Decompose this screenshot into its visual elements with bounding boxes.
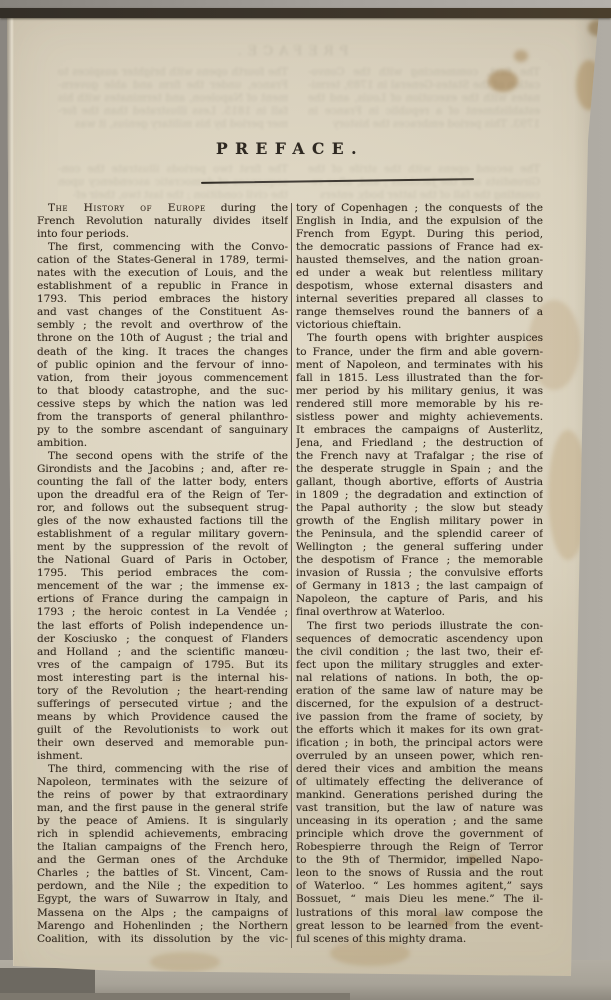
text-line: the Italian campaigns of the French hero… bbox=[37, 841, 288, 854]
text-line: counting the fall of the latter body, en… bbox=[37, 476, 288, 489]
text-line: and the German ones of the Archduke bbox=[37, 854, 288, 867]
text-line: sembly ; the revolt and overthrow of the bbox=[37, 319, 288, 332]
text-line: the National Guard of Paris in October, bbox=[37, 554, 288, 567]
text-line: great lesson to be learned from the even… bbox=[296, 920, 543, 933]
text-line: of public opinion and the fervour of inn… bbox=[37, 359, 288, 372]
text-line: Coalition, with its dissolution by the v… bbox=[37, 933, 288, 946]
text-line: vres of the campaign of 1795. But its bbox=[37, 659, 288, 672]
text-line: nal relations of nations. In both, the o… bbox=[296, 672, 543, 685]
text-column-right: tory of Copenhagen ; the conquests of th… bbox=[296, 202, 543, 946]
text-line: Napoleon, terminates with the seizure of bbox=[37, 776, 288, 789]
text-line: ment of Napoleon, and terminates with hi… bbox=[296, 359, 543, 372]
text-line: Massena on the Alps ; the campaigns of bbox=[37, 907, 288, 920]
showthrough-text-block: The second opens with the strife of the … bbox=[308, 163, 540, 203]
text-line: overruled by an unseen power, which ren- bbox=[296, 750, 543, 763]
text-line: The third, commencing with the rise of bbox=[37, 763, 288, 776]
text-line: The first two periods illustrate the con… bbox=[296, 620, 543, 633]
text-line: vation, from their joyous commencement bbox=[37, 372, 288, 385]
text-line: despotism, whose external disasters and bbox=[296, 280, 543, 293]
text-line: guilt of the Revolutionists to work out bbox=[37, 724, 288, 737]
text-line: Egypt, the wars of Suwarrow in Italy, an… bbox=[37, 893, 288, 906]
text-line: into four periods. bbox=[37, 228, 288, 241]
text-line: the efforts which it makes for its own g… bbox=[296, 724, 543, 737]
text-line: the democratic passions of France had ex… bbox=[296, 241, 543, 254]
book-binding-edge bbox=[0, 8, 611, 18]
page-right-edge-shadow bbox=[565, 0, 611, 1000]
text-line: fall in 1815. Less illustrated than the … bbox=[296, 372, 543, 385]
text-line: Robespierre through the Reign of Terror bbox=[296, 841, 543, 854]
text-line: to the 9th of Thermidor, impelled Napo- bbox=[296, 854, 543, 867]
text-line: ror, and follows out the subsequent stru… bbox=[37, 502, 288, 515]
text-line: to France, under the firm and able gover… bbox=[296, 346, 543, 359]
text-line: tory of the Revolution ; the heart-rendi… bbox=[37, 685, 288, 698]
text-line: the reins of power by that extraordinary bbox=[37, 789, 288, 802]
text-line: ertions of France during the campaign in bbox=[37, 593, 288, 606]
text-line: sufferings of persecuted virtue ; and th… bbox=[37, 698, 288, 711]
text-line: ive passion from the frame of society, b… bbox=[296, 711, 543, 724]
text-line: ed under a weak but relentless military bbox=[296, 267, 543, 280]
text-line: Jena, and Friedland ; the destruction of bbox=[296, 437, 543, 450]
showthrough-title: PREFACE. bbox=[40, 44, 540, 59]
text-line: 1793. This period embraces the history bbox=[37, 293, 288, 306]
text-line: rendered still more memorable by his re- bbox=[296, 398, 543, 411]
text-line: Charles ; the battles of St. Vincent, Ca… bbox=[37, 867, 288, 880]
book-page-paper: PREFACE. The fourth opens with brighter … bbox=[0, 0, 611, 1000]
showthrough-text-block: The fourth opens with brighter auspices … bbox=[58, 66, 288, 136]
text-line: to that bloody catastrophe, and the suc- bbox=[37, 385, 288, 398]
text-line: the despotism of France ; the memorable bbox=[296, 554, 543, 567]
text-line: unceasing in its operation ; and the sam… bbox=[296, 815, 543, 828]
text-line: Bossuet, “ mais Dieu les mene.” The il- bbox=[296, 893, 543, 906]
text-line: der Kosciusko ; the conquest of Flanders bbox=[37, 633, 288, 646]
text-line: gallant, though abortive, efforts of Aus… bbox=[296, 476, 543, 489]
text-line: principle which drove the government of bbox=[296, 828, 543, 841]
text-line: death of the king. It traces the changes bbox=[37, 346, 288, 359]
text-line: tory of Copenhagen ; the conquests of th… bbox=[296, 202, 543, 215]
text-line: It embraces the campaigns of Austerlitz, bbox=[296, 424, 543, 437]
text-line: means by which Providence caused the bbox=[37, 711, 288, 724]
text-line: upon the dreadful era of the Reign of Te… bbox=[37, 489, 288, 502]
text-line: invasion of Russia ; the convulsive effo… bbox=[296, 567, 543, 580]
text-line: throne on the 10th of August ; the trial… bbox=[37, 332, 288, 345]
text-line: mankind. Generations perished during the bbox=[296, 789, 543, 802]
showthrough-text-block: The first, commencing with the Convo- ca… bbox=[308, 66, 540, 136]
page-left-edge bbox=[7, 16, 14, 968]
text-line: ful scenes of this mighty drama. bbox=[296, 933, 543, 946]
text-line: in 1809 ; the degradation and extinction… bbox=[296, 489, 543, 502]
text-line: range themselves round the banners of a bbox=[296, 306, 543, 319]
text-line: their own deserved and memorable pun- bbox=[37, 737, 288, 750]
text-line: the desperate struggle in Spain ; and th… bbox=[296, 463, 543, 476]
text-line: English in India, and the expulsion of t… bbox=[296, 215, 543, 228]
text-line: establishment of a republic in France in bbox=[37, 280, 288, 293]
text-line: French from Egypt. During this period, bbox=[296, 228, 543, 241]
text-column-left: The History of Europe during theFrench R… bbox=[37, 202, 288, 946]
text-line: py to the sombre ascendant of sanguinary bbox=[37, 424, 288, 437]
text-line: final overthrow at Waterloo. bbox=[296, 606, 543, 619]
text-line: mer period by his military genius, it wa… bbox=[296, 385, 543, 398]
text-line: gles of the now exhausted factions till … bbox=[37, 515, 288, 528]
text-line: French Revolution naturally divides itse… bbox=[37, 215, 288, 228]
text-line: The first, commencing with the Convo- bbox=[37, 241, 288, 254]
text-line: vast transition, but the law of nature w… bbox=[296, 802, 543, 815]
text-line: growth of the English military power in bbox=[296, 515, 543, 528]
text-line: fect upon the military struggles and ext… bbox=[296, 659, 543, 672]
text-line: of Waterloo. “ Les hommes agitent,” says bbox=[296, 880, 543, 893]
text-line: The fourth opens with brighter auspices bbox=[296, 332, 543, 345]
text-line: the civil condition ; the last two, thei… bbox=[296, 646, 543, 659]
text-line: of Germany in 1813 ; the last campaign o… bbox=[296, 580, 543, 593]
column-divider bbox=[291, 203, 292, 948]
text-line: nates with the execution of Louis, and t… bbox=[37, 267, 288, 280]
text-line: rich in splendid achievements, embracing bbox=[37, 828, 288, 841]
text-line: Wellington ; the general suffering under bbox=[296, 541, 543, 554]
text-line: the Peninsula, and the splendid career o… bbox=[296, 528, 543, 541]
text-line: ification ; in both, the principal actor… bbox=[296, 737, 543, 750]
text-line: internal severities prepared all classes… bbox=[296, 293, 543, 306]
text-line: from the transports of general philanthr… bbox=[37, 411, 288, 424]
text-line: 1793 ; the heroic contest in La Vendée ; bbox=[37, 606, 288, 619]
text-line: perdown, and the Nile ; the expedition t… bbox=[37, 880, 288, 893]
text-line: cessive steps by which the nation was le… bbox=[37, 398, 288, 411]
page-title: PREFACE. bbox=[40, 139, 540, 158]
text-line: victorious chieftain. bbox=[296, 319, 543, 332]
text-line: the Papal authority ; the slow but stead… bbox=[296, 502, 543, 515]
text-line: mencement of the war ; the immense ex- bbox=[37, 580, 288, 593]
text-line: most interesting part is the internal hi… bbox=[37, 672, 288, 685]
text-line: 1795. This period embraces the com- bbox=[37, 567, 288, 580]
text-line: The second opens with the strife of the bbox=[37, 450, 288, 463]
scan-shadow-bottom bbox=[0, 993, 350, 1000]
text-line: establishment of a regular military gove… bbox=[37, 528, 288, 541]
text-line: The History of Europe during the bbox=[37, 202, 288, 215]
text-line: lustrations of this moral law compose th… bbox=[296, 907, 543, 920]
text-line: leon to the snows of Russia and the rout bbox=[296, 867, 543, 880]
text-line: and vast changes of the Constituent As- bbox=[37, 306, 288, 319]
text-line: Napoleon, the capture of Paris, and his bbox=[296, 593, 543, 606]
text-line: discerned, for the expulsion of a destru… bbox=[296, 698, 543, 711]
text-line: cation of the States-General in 1789, te… bbox=[37, 254, 288, 267]
text-line: ishment. bbox=[37, 750, 288, 763]
text-line: Marengo and Hohenlinden ; the Northern bbox=[37, 920, 288, 933]
text-line: man, and the first pause in the general … bbox=[37, 802, 288, 815]
text-line: eration of the same law of nature may be bbox=[296, 685, 543, 698]
text-line: the last efforts of Polish independence … bbox=[37, 620, 288, 633]
text-line: ment by the suppression of the revolt of bbox=[37, 541, 288, 554]
text-line: by the peace of Amiens. It is singularly bbox=[37, 815, 288, 828]
text-line: sequences of democratic ascendency upon bbox=[296, 633, 543, 646]
text-line: hausted themselves, and the nation groan… bbox=[296, 254, 543, 267]
text-line: of ultimately effecting the deliverance … bbox=[296, 776, 543, 789]
text-line: dered their vices and ambition the means bbox=[296, 763, 543, 776]
text-line: and Holland ; and the scientific manœu- bbox=[37, 646, 288, 659]
foxing-stain bbox=[150, 952, 220, 972]
text-line: the French navy at Trafalgar ; the rise … bbox=[296, 450, 543, 463]
text-line: ambition. bbox=[37, 437, 288, 450]
text-line: Girondists and the Jacobins ; and, after… bbox=[37, 463, 288, 476]
text-line: sistless power and mighty achievements. bbox=[296, 411, 543, 424]
scanned-book-page: PREFACE. The fourth opens with brighter … bbox=[0, 0, 611, 1000]
